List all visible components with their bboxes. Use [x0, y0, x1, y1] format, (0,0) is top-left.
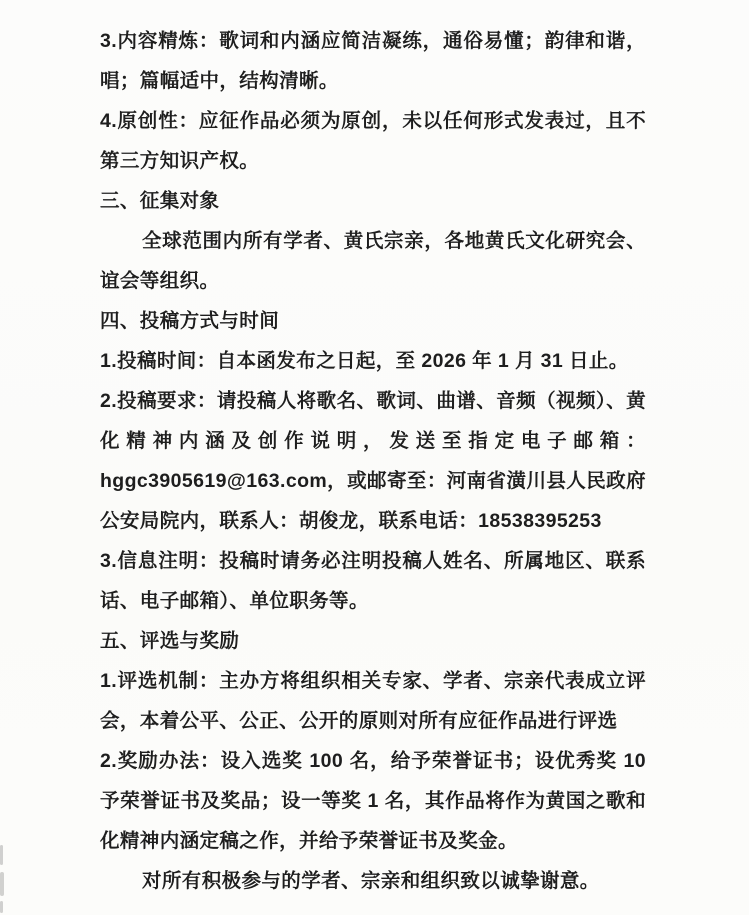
doc-line-8: 四、投稿方式与时间 — [100, 301, 646, 341]
doc-line-9: 1.投稿时间：自本函发布之日起，至 2026 年 1 月 31 日止。 — [100, 341, 646, 381]
doc-line-21: 化精神内涵定稿之作，并给予荣誉证书及奖金。 — [100, 821, 646, 861]
doc-line-5: 三、征集对象 — [100, 181, 646, 221]
doc-line-2: 唱；篇幅适中，结构清晰。 — [100, 61, 646, 101]
doc-line-16: 五、评选与奖励 — [100, 621, 646, 661]
doc-line-15: 话、电子邮箱）、单位职务等。 — [100, 581, 646, 621]
doc-line-18: 会，本着公平、公正、公开的原则对所有应征作品进行评选 — [100, 701, 646, 741]
doc-line-11: 化精神内涵及创作说明，发送至指定电子邮箱： — [100, 421, 646, 461]
doc-line-20: 予荣誉证书及奖品；设一等奖 1 名，其作品将作为黄国之歌和黄国文 — [100, 781, 646, 821]
doc-line-19: 2.奖励办法：设入选奖 100 名，给予荣誉证书；设优秀奖 10 名，给 — [100, 741, 646, 781]
doc-line-10: 2.投稿要求：请投稿人将歌名、歌词、曲谱、音频（视频）、黄国文 — [100, 381, 646, 421]
doc-line-4: 第三方知识产权。 — [100, 141, 646, 181]
doc-line-1: 3.内容精炼：歌词和内涵应简洁凝练，通俗易懂；韵律和谐，易于传 — [100, 21, 646, 61]
doc-line-12: hggc3905619@163.com，或邮寄至：河南省潢川县人民政府隔壁老 — [100, 461, 646, 501]
doc-line-3: 4.原创性：应征作品必须为原创，未以任何形式发表过，且不得侵犯 — [100, 101, 646, 141]
scan-artifact — [0, 845, 3, 865]
scanned-document-page: 3.内容精炼：歌词和内涵应简洁凝练，通俗易懂；韵律和谐，易于传唱；篇幅适中，结构… — [0, 0, 749, 915]
scan-artifact — [0, 872, 4, 896]
doc-line-13: 公安局院内，联系人：胡俊龙，联系电话：18538395253 — [100, 501, 646, 541]
scan-artifact — [0, 901, 3, 913]
doc-line-14: 3.信息注明：投稿时请务必注明投稿人姓名、所属地区、联系方式（电 — [100, 541, 646, 581]
doc-line-7: 谊会等组织。 — [100, 261, 646, 301]
doc-line-6: 全球范围内所有学者、黄氏宗亲，各地黄氏文化研究会、黄氏联 — [100, 221, 646, 261]
doc-line-17: 1.评选机制：主办方将组织相关专家、学者、宗亲代表成立评审委员 — [100, 661, 646, 701]
doc-line-22: 对所有积极参与的学者、宗亲和组织致以诚挚谢意。 — [100, 861, 646, 901]
document-body: 3.内容精炼：歌词和内涵应简洁凝练，通俗易懂；韵律和谐，易于传唱；篇幅适中，结构… — [100, 21, 646, 901]
